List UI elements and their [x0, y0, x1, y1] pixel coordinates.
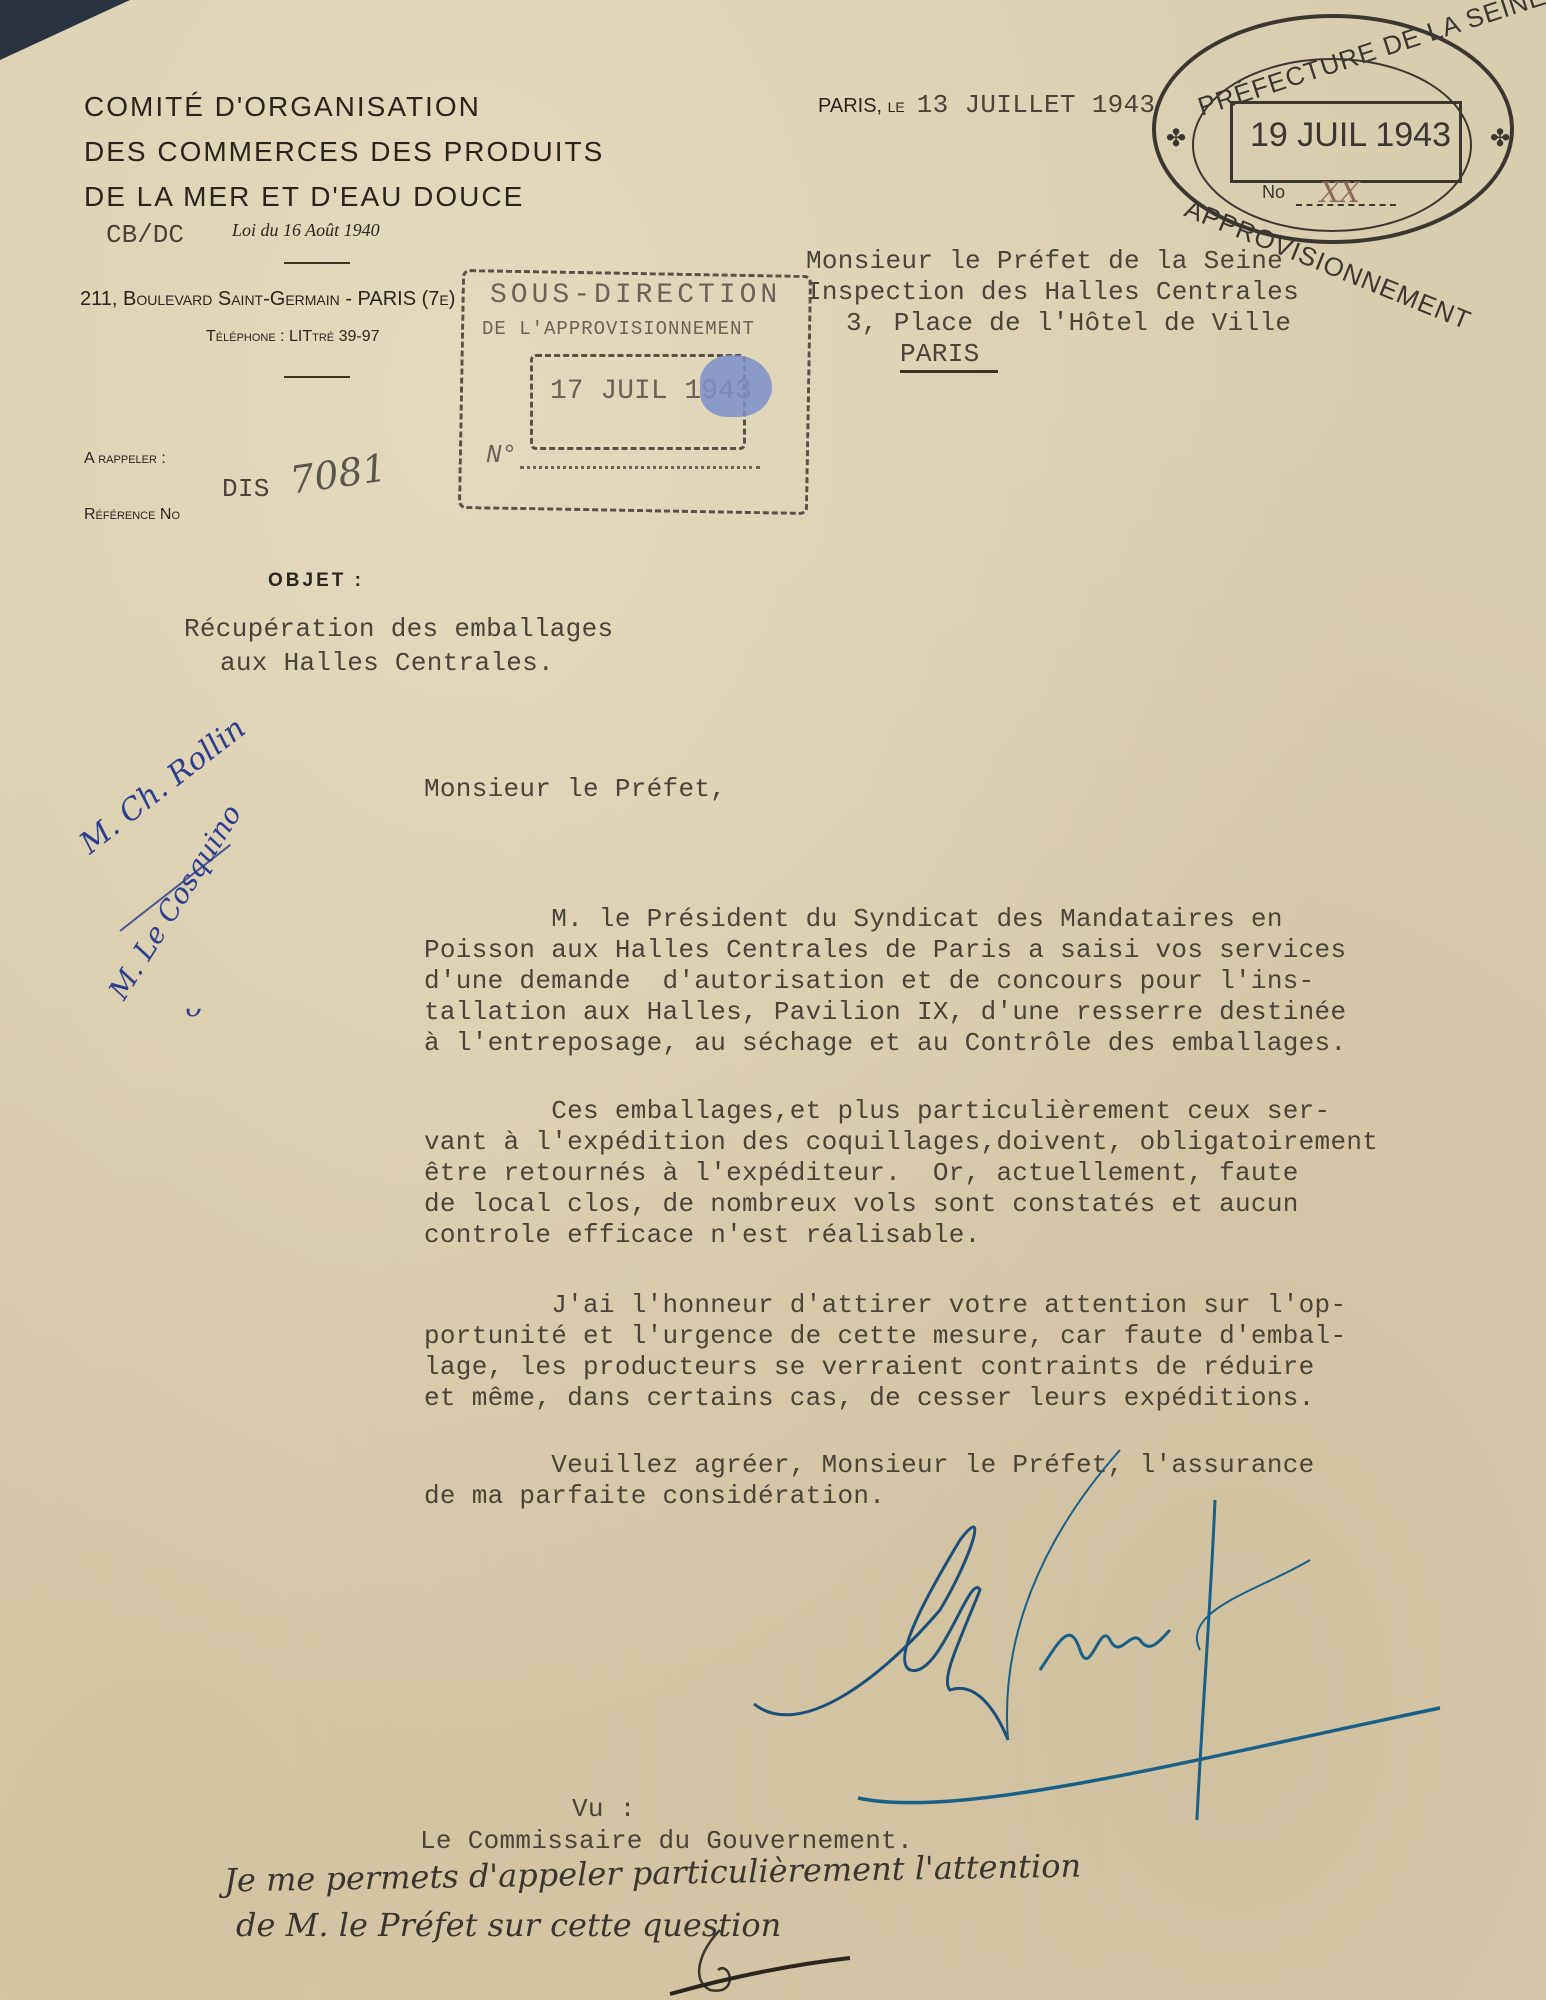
- paragraph-1: M. le Président du Syndicat des Mandatai…: [424, 904, 1346, 1059]
- paragraph-line: J'ai l'honneur d'attirer votre attention…: [424, 1290, 1346, 1321]
- vu-label: Vu :: [572, 1794, 636, 1825]
- paragraph-line: lage, les producteurs se verraient contr…: [424, 1352, 1346, 1383]
- paragraph-line: controle efficace n'est réalisable.: [424, 1220, 1378, 1251]
- paragraph-line: vant à l'expédition des coquillages,doiv…: [424, 1127, 1378, 1158]
- paragraph-line: portunité et l'urgence de cette mesure, …: [424, 1321, 1346, 1352]
- recipient-line-3: 3, Place de l'Hôtel de Ville: [846, 308, 1291, 339]
- recipient-line-1: Monsieur le Préfet de la Seine: [806, 246, 1283, 277]
- initials: CB/DC: [106, 220, 184, 250]
- paragraph-line: d'une demande d'autorisation et de conco…: [424, 966, 1346, 997]
- paragraph-line: tallation aux Halles, Pavilion IX, d'une…: [424, 997, 1346, 1028]
- paragraph-line: M. le Président du Syndicat des Mandatai…: [424, 904, 1346, 935]
- paragraph-3: J'ai l'honneur d'attirer votre attention…: [424, 1290, 1346, 1414]
- letterhead-title: COMITÉ D'ORGANISATION DES COMMERCES DES …: [84, 84, 604, 219]
- paragraph-line: à l'entreposage, au séchage et au Contrô…: [424, 1028, 1346, 1059]
- address: 211, Boulevard Saint-Germain - PARIS (7e…: [80, 288, 455, 311]
- scan-corner-shadow: [0, 0, 130, 60]
- clover-icon: ✤: [1166, 124, 1186, 153]
- recipient-line-2: Inspection des Halles Centrales: [806, 277, 1299, 308]
- letter-date: PARIS, le 13 JUILLET 1943: [818, 90, 1155, 121]
- objet-label: OBJET :: [268, 570, 364, 592]
- salutation: Monsieur le Préfet,: [424, 774, 726, 805]
- objet-line-2: aux Halles Centrales.: [220, 648, 554, 679]
- reference-label: Référence No: [84, 506, 180, 524]
- prefecture-stamp-number-label: No: [1262, 182, 1285, 203]
- reference-handwritten: 7081: [287, 445, 389, 502]
- sous-direction-line-2: DE L'APPROVISIONNEMENT: [482, 318, 755, 340]
- divider: [284, 262, 350, 264]
- handwritten-initials: [600, 1920, 900, 2000]
- paragraph-line: de local clos, de nombreux vols sont con…: [424, 1189, 1378, 1220]
- phone: Téléphone : LITtré 39-97: [206, 328, 380, 346]
- paragraph-2: Ces emballages,et plus particulièrement …: [424, 1096, 1378, 1251]
- paragraph-line: et même, dans certains cas, de cesser le…: [424, 1383, 1346, 1414]
- date-value: 13 JUILLET 1943: [917, 90, 1156, 120]
- sous-direction-number-line: [520, 466, 760, 469]
- handwritten-note-line-1: Je me permets d'appeler particulièrement…: [224, 1847, 1082, 1900]
- objet-line-1: Récupération des emballages: [184, 614, 613, 645]
- ink-blot: [700, 355, 772, 417]
- margin-note-mark: ᴗ: [184, 990, 201, 1023]
- letterhead-line-1: COMITÉ D'ORGANISATION: [84, 84, 604, 129]
- paragraph-line: être retournés à l'expéditeur. Or, actue…: [424, 1158, 1378, 1189]
- reference-typed: DIS: [222, 474, 270, 505]
- prefecture-stamp-date: 19 JUIL 1943: [1250, 116, 1451, 155]
- prefecture-stamp-number: XX: [1320, 176, 1360, 209]
- sous-direction-number-label: N°: [486, 440, 517, 470]
- sous-direction-line-1: SOUS-DIRECTION: [490, 280, 781, 311]
- letterhead-line-3: DE LA MER ET D'EAU DOUCE: [84, 174, 604, 219]
- paragraph-line: Poisson aux Halles Centrales de Paris a …: [424, 935, 1346, 966]
- rappeler-label: A rappeler :: [84, 450, 166, 468]
- recipient-line-4: PARIS: [900, 339, 998, 373]
- date-prefix: PARIS, le: [818, 95, 905, 117]
- letterhead-line-2: DES COMMERCES DES PRODUITS: [84, 129, 604, 174]
- signature: [740, 1440, 1480, 1820]
- divider: [284, 376, 350, 378]
- clover-icon: ✤: [1490, 124, 1510, 153]
- law-reference: Loi du 16 Août 1940: [232, 220, 380, 241]
- paragraph-line: Ces emballages,et plus particulièrement …: [424, 1096, 1378, 1127]
